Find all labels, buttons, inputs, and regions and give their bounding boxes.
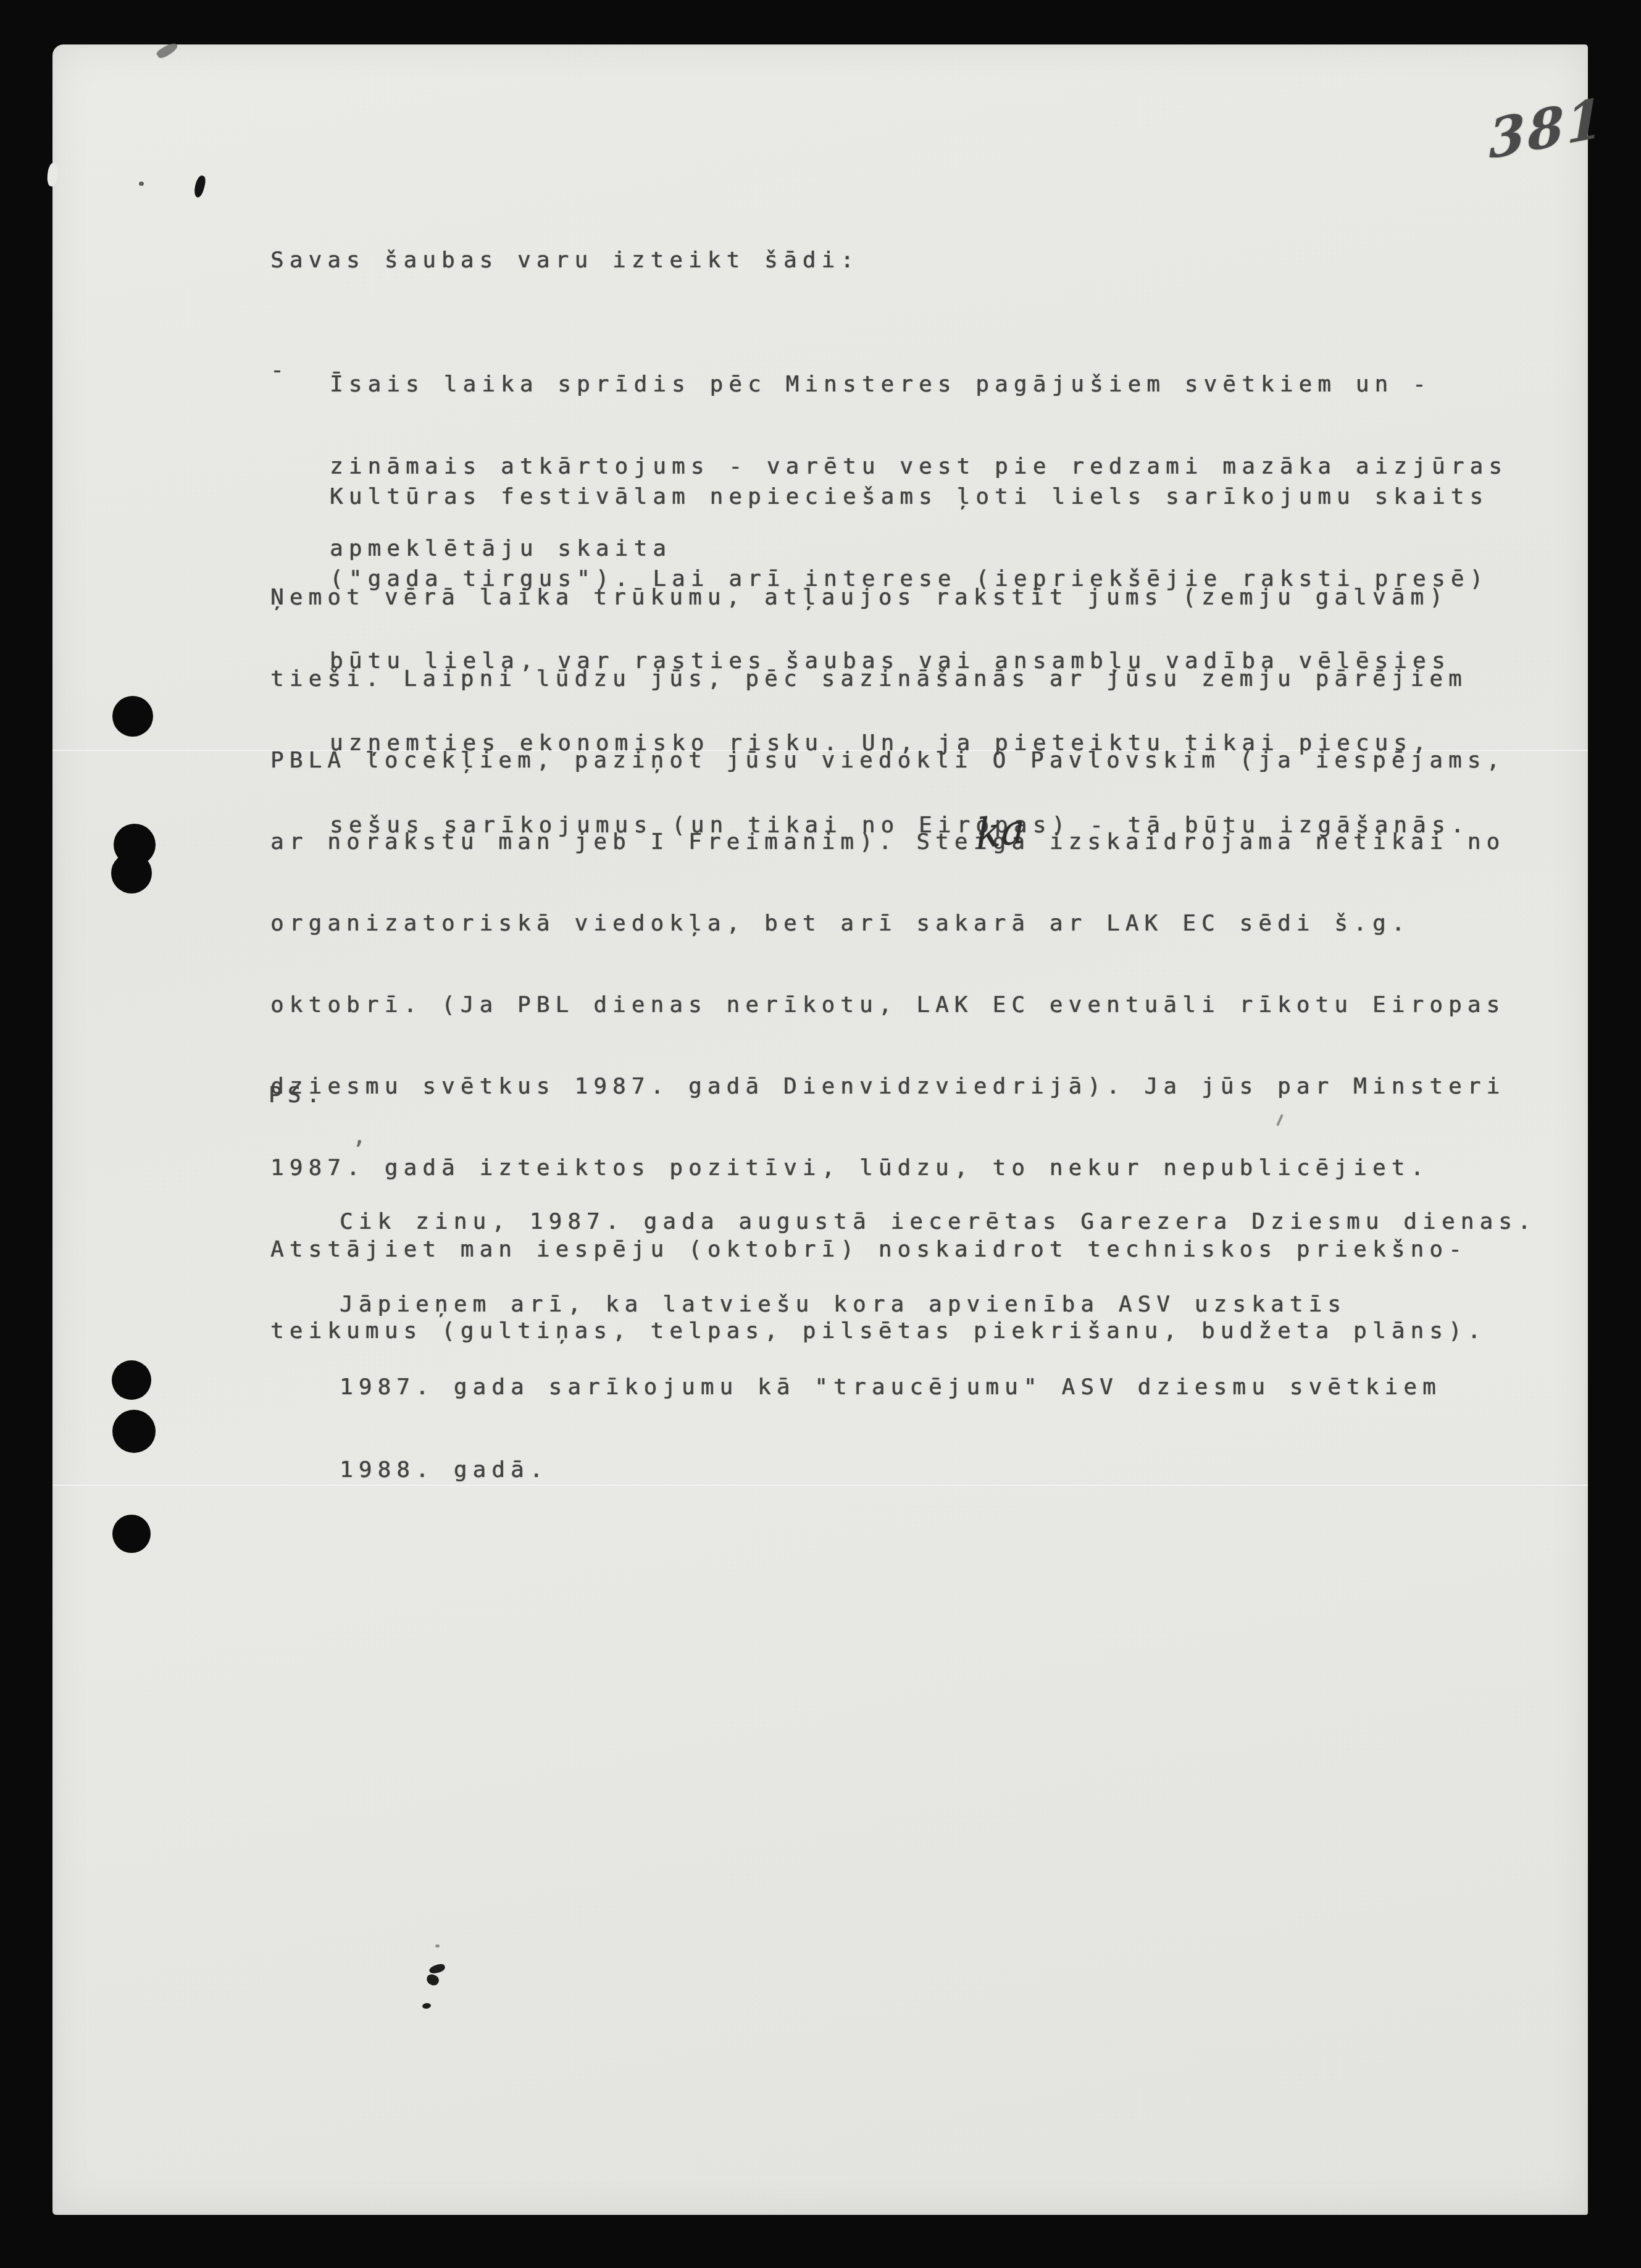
- postscript: PS. Cik zinu, 1987. gada augustā iecerēt…: [269, 1079, 1537, 1588]
- overstrike-comma: ,: [353, 1124, 372, 1149]
- paper-tear: [193, 175, 207, 199]
- text-line: organizatoriskā viedokļa, bet arī sakarā…: [270, 908, 1505, 939]
- text-line: 1987. gada sarīkojumu kā "traucējumu" AS…: [340, 1371, 1537, 1404]
- text-line: tieši. Laipni lūdzu jūs, pēc sazināšanās…: [270, 664, 1505, 695]
- ink-blot: [422, 2002, 431, 2009]
- paper-speck: [139, 182, 144, 186]
- paper-edge-bump: [46, 162, 59, 186]
- text-line: Jāpieņem arī, ka latviešu kora apvienība…: [340, 1289, 1537, 1321]
- postscript-text: Cik zinu, 1987. gada augustā iecerētas G…: [340, 1155, 1537, 1537]
- punch-hole: [112, 1410, 156, 1453]
- postscript-label: PS.: [269, 1079, 325, 1111]
- punch-hole: [112, 1360, 151, 1400]
- scan-background: { "document": { "language": "Latvian", "…: [0, 0, 1641, 2268]
- punch-hole: [111, 853, 152, 893]
- punch-hole: [112, 696, 153, 737]
- text-line: ar norakstu man jeb I Freimanim). Steiga…: [270, 827, 1505, 858]
- ink-blot: [435, 1944, 440, 1948]
- text-line: oktobrī. (Ja PBL dienas nerīkotu, LAK EC…: [270, 990, 1505, 1021]
- handwritten-page-number: 381: [1489, 86, 1606, 172]
- pencil-smudge-mark: [156, 40, 179, 60]
- handwritten-correction: ka: [976, 805, 1025, 858]
- document-page: 381 Savas šaubas varu izteikt šādi: - Īs…: [52, 44, 1588, 2215]
- punch-hole: [112, 1515, 151, 1553]
- text-line: Ņemot vērā laika trūkumu, atļaujos rakst…: [270, 582, 1505, 613]
- text-line: 1988. gadā.: [340, 1454, 1537, 1486]
- ink-blot: [425, 1973, 440, 1986]
- text-line: Cik zinu, 1987. gada augustā iecerētas G…: [340, 1206, 1537, 1238]
- bullet-dash: -: [270, 242, 290, 274]
- ink-blot: [428, 1963, 446, 1975]
- text-line: PBLA locekļiem, paziņot jūsu viedokli O …: [270, 745, 1505, 776]
- bullet-dash: -: [270, 354, 290, 386]
- text-line: Kultūras festivālam nepieciešams ļoti li…: [330, 481, 1489, 513]
